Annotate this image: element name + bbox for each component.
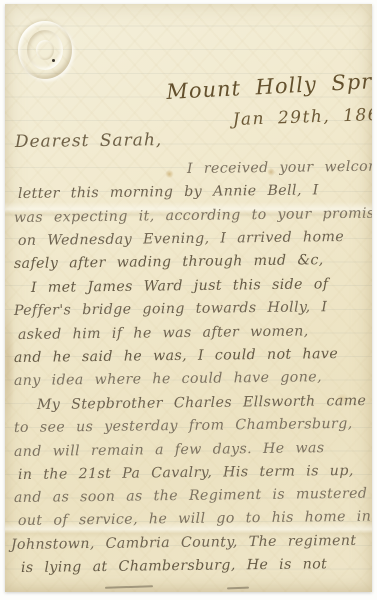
embossed-seal-icon	[18, 21, 72, 79]
ink-smudge	[227, 587, 249, 590]
letter-line: letter this morning by Annie Bell, I	[18, 182, 319, 202]
letter-line: was expecting it, according to your prom…	[14, 205, 372, 226]
letter-line: any idea where he could have gone,	[14, 369, 322, 389]
letter-line: asked him if he was after women,	[18, 323, 309, 343]
letter-salutation: Dearest Sarah,	[15, 130, 163, 152]
letter-line: My Stepbrother Charles Ellsworth came	[37, 393, 367, 413]
scanned-letter-image: Mount Holly Springs, Jan 29th, 1864, Dea…	[0, 0, 377, 600]
letter-line: safely after wading through mud &c,	[14, 252, 324, 272]
letter-line: on Wednesday Evening, I arrived home	[18, 229, 344, 249]
letter-line: is lying at Chambersburg, He is not	[21, 556, 328, 576]
letter-line: and as soon as the Regiment is mustered	[14, 486, 368, 506]
letter-place: Mount Holly Springs,	[166, 66, 372, 104]
letter-line: I received your welcome	[187, 159, 372, 177]
letter-line: Peffer's bridge going towards Holly, I	[14, 299, 328, 319]
letter-paper: Mount Holly Springs, Jan 29th, 1864, Dea…	[5, 4, 372, 592]
letter-line: Johnstown, Cambria County, The regiment	[11, 533, 357, 553]
letter-line: to see us yesterday from Chambersburg,	[14, 416, 353, 436]
letter-line: and will remain a few days. He was	[14, 440, 325, 460]
ink-speck	[52, 59, 55, 62]
letter-date: Jan 29th, 1864,	[232, 104, 372, 130]
letter-line: I met James Ward just this side of	[31, 276, 329, 296]
letter-line: in the 21st Pa Cavalry, His term is up,	[18, 463, 354, 483]
ink-smudge	[105, 585, 153, 589]
letter-line: and he said he was, I could not have	[14, 346, 338, 366]
paper-stain	[165, 170, 174, 178]
